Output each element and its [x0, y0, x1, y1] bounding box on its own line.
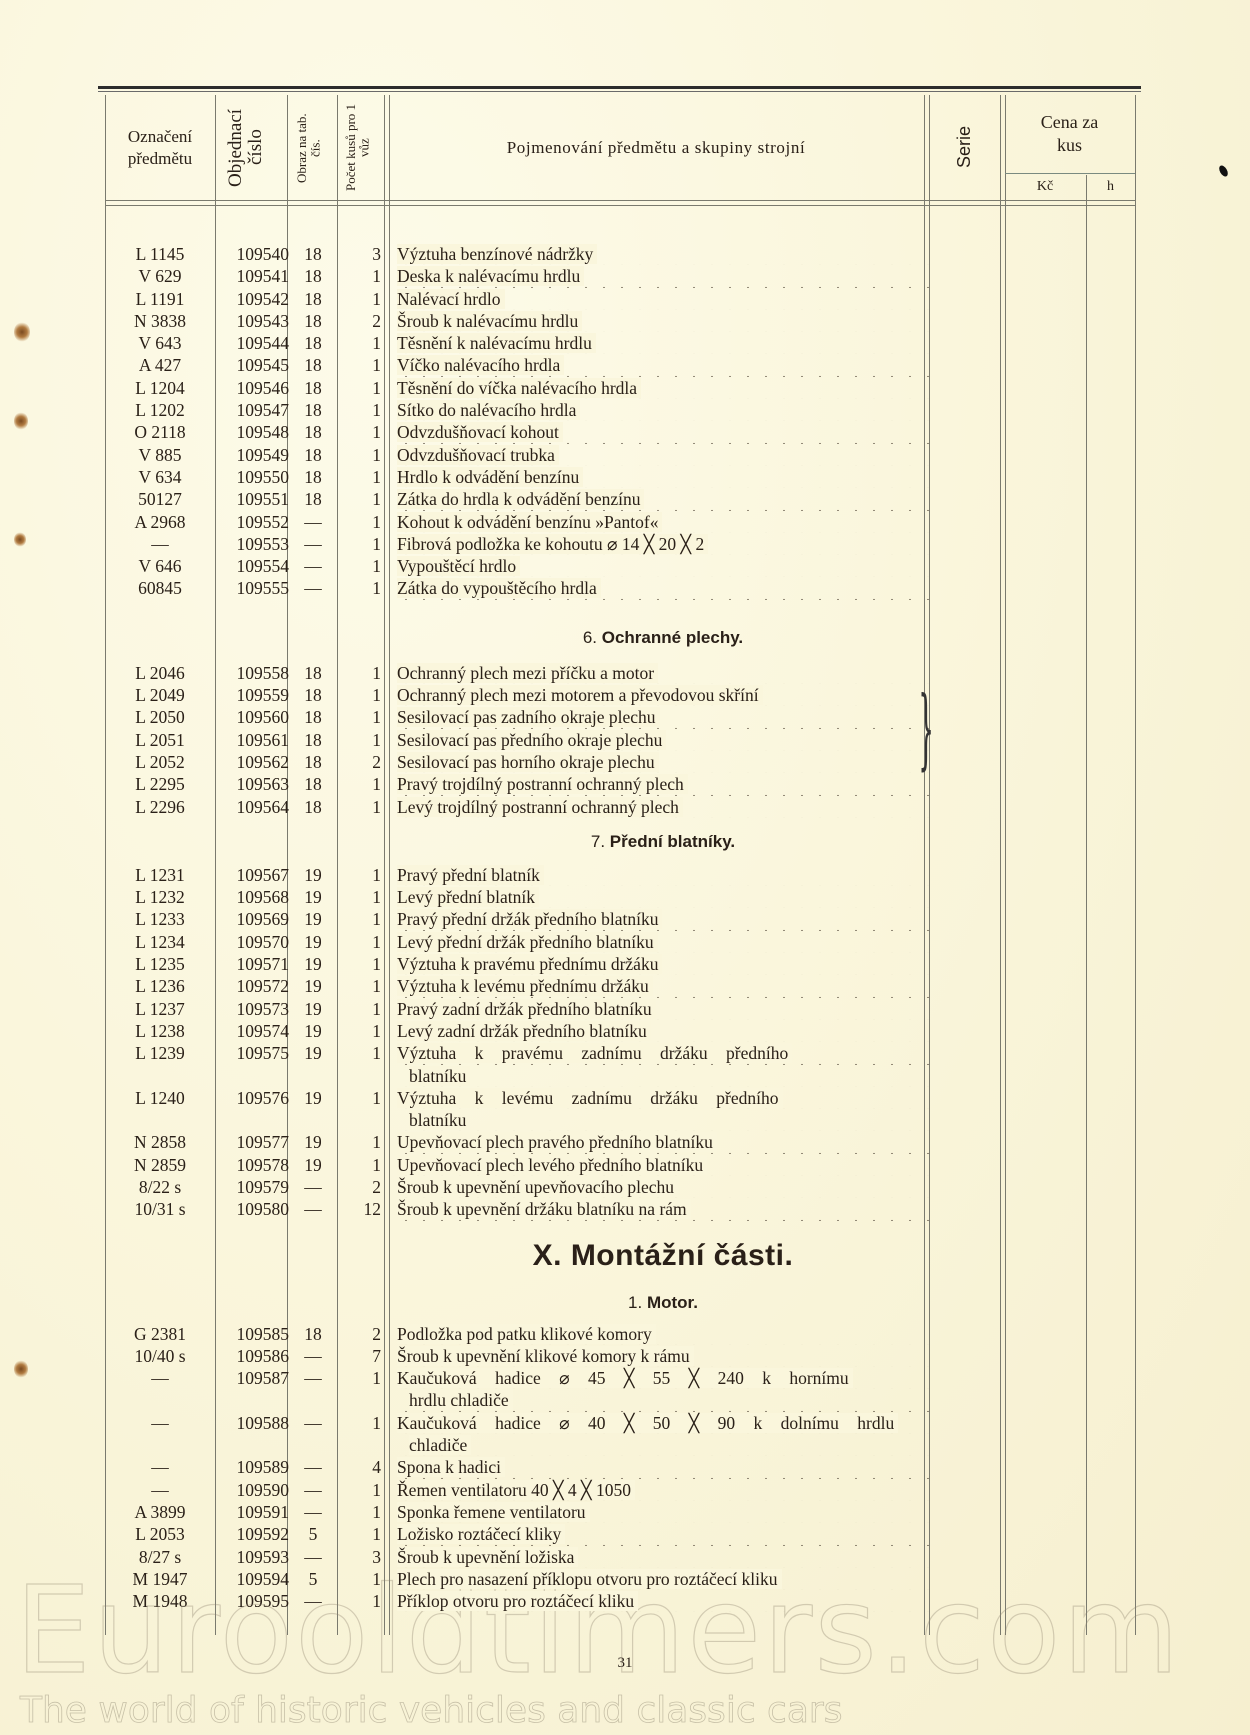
table-row: O 2118109548181Odvzdušňovací kohout [105, 421, 1136, 443]
order-number: 109543 [217, 310, 289, 332]
order-number: 109546 [217, 377, 289, 399]
quantity: 1 [337, 706, 381, 728]
part-mark: N 3838 [105, 310, 215, 332]
order-number: 109562 [217, 751, 289, 773]
order-number: 109576 [217, 1087, 289, 1109]
description-text: Ochranný plech mezi motorem a převodovou… [397, 685, 763, 705]
part-mark: L 1204 [105, 377, 215, 399]
header-price: Cena za kus [1004, 95, 1135, 173]
header-serie: Serie [928, 95, 1000, 200]
description-text: Výztuha k levému zadnímu držáku předního [397, 1088, 783, 1108]
table-row: 60845109555—1Zátka do vypouštěcího hrdla [105, 577, 1136, 599]
figure-number: 18 [289, 796, 337, 818]
figure-number: 18 [289, 377, 337, 399]
figure-number: 18 [289, 773, 337, 795]
description-text: Sesilovací pas horního okraje plechu [397, 752, 659, 772]
table-row: L 1204109546181Těsnění do víčka nalévací… [105, 377, 1136, 399]
part-mark: L 2049 [105, 684, 215, 706]
quantity: 1 [337, 975, 381, 997]
figure-number: 18 [289, 243, 337, 265]
quantity: 1 [337, 288, 381, 310]
table-row: V 629109541181Deska k nalévacímu hrdlu [105, 265, 1136, 287]
part-description: Výztuha k pravému zadnímu držáku předníh… [397, 1042, 929, 1087]
description-text: Výztuha k pravému zadnímu držáku předníh… [397, 1043, 792, 1063]
order-number: 109579 [217, 1176, 289, 1198]
quantity: 1 [337, 953, 381, 975]
order-number: 109552 [217, 511, 289, 533]
description-text: Šroub k upevnění upevňovacího plechu [397, 1177, 678, 1197]
figure-number: 18 [289, 488, 337, 510]
figure-number: 18 [289, 288, 337, 310]
part-mark: L 1239 [105, 1042, 215, 1064]
part-description: Spona k hadici [397, 1456, 929, 1478]
order-number: 109559 [217, 684, 289, 706]
header-order: Objednací číslo [215, 95, 287, 200]
figure-number: 19 [289, 1020, 337, 1042]
quantity: 1 [337, 377, 381, 399]
part-description: Těsnění do víčka nalévacího hrdla [397, 377, 929, 399]
description-text: Levý přední blatník [397, 887, 539, 907]
order-number: 109553 [217, 533, 289, 555]
description-text: Šroub k upevnění držáku blatníku na rám [397, 1199, 691, 1219]
table-row: —109590—1Řemen ventilatoru 40 ╳ 4 ╳ 1050 [105, 1479, 1136, 1501]
description-text: Těsnění k nalévacímu hrdlu [397, 333, 596, 353]
part-description: Hrdlo k odvádění benzínu [397, 466, 929, 488]
part-description: Pravý trojdílný postranní ochranný plech [397, 773, 929, 795]
header-price-kc: Kč [1004, 173, 1086, 200]
part-description: Kaučuková hadice ⌀ 45 ╳ 55 ╳ 240 k horní… [397, 1367, 929, 1412]
quantity: 12 [337, 1198, 381, 1220]
description-text: Těsnění do víčka nalévacího hrdla [397, 378, 641, 398]
quantity: 1 [337, 1087, 381, 1109]
part-mark: O 2118 [105, 421, 215, 443]
order-number: 109587 [217, 1367, 289, 1389]
leader-dots [397, 1109, 929, 1131]
table-row: L 1232109568191Levý přední blatník [105, 886, 1136, 908]
order-number: 109558 [217, 662, 289, 684]
description-text: chladiče [409, 1435, 471, 1455]
part-description: Levý přední držák předního blatníku [397, 931, 929, 953]
description-text: Hrdlo k odvádění benzínu [397, 467, 583, 487]
table-row: L 1191109542181Nalévací hrdlo [105, 288, 1136, 310]
table-row: L 2051109561181Sesilovací pas předního o… [105, 729, 1136, 751]
section-title: Přední blatníky. [610, 832, 735, 851]
part-mark: L 2053 [105, 1523, 215, 1545]
figure-number: — [289, 1345, 337, 1367]
description-text: Zátka do hrdla k odvádění benzínu [397, 489, 644, 509]
table-row: L 1235109571191Výztuha k pravému předním… [105, 953, 1136, 975]
description-text: Pravý zadní držák předního blatníku [397, 999, 656, 1019]
part-mark: N 2858 [105, 1131, 215, 1153]
description-text: Výztuha k pravému přednímu držáku [397, 954, 662, 974]
part-description: Deska k nalévacímu hrdlu [397, 265, 929, 287]
paper-stain [14, 322, 30, 342]
quantity: 1 [337, 864, 381, 886]
part-mark: A 3899 [105, 1501, 215, 1523]
order-number: 109548 [217, 421, 289, 443]
part-mark: 50127 [105, 488, 215, 510]
quantity: 1 [337, 886, 381, 908]
table-row: L 1240109576191Výztuha k levému zadnímu … [105, 1087, 1136, 1132]
figure-number: 18 [289, 444, 337, 466]
part-description: Šroub k upevnění držáku blatníku na rám [397, 1198, 929, 1220]
description-text: Upevňovací plech levého předního blatník… [397, 1155, 707, 1175]
part-description: Kaučuková hadice ⌀ 40 ╳ 50 ╳ 90 k dolním… [397, 1412, 929, 1457]
part-description: Levý trojdílný postranní ochranný plech [397, 796, 929, 818]
table-row: 8/22 s109579—2Šroub k upevnění upevňovac… [105, 1176, 1136, 1198]
figure-number: 19 [289, 975, 337, 997]
table-row: V 646109554—1Vypouštěcí hrdlo [105, 555, 1136, 577]
description-text: Kaučuková hadice ⌀ 45 ╳ 55 ╳ 240 k horní… [397, 1368, 853, 1388]
figure-number: 18 [289, 684, 337, 706]
order-number: 109567 [217, 864, 289, 886]
order-number: 109560 [217, 706, 289, 728]
order-number: 109571 [217, 953, 289, 975]
description-text: Výztuha k levému přednímu držáku [397, 976, 653, 996]
figure-number: 18 [289, 332, 337, 354]
table-row: L 1237109573191Pravý zadní držák předníh… [105, 998, 1136, 1020]
part-mark: A 2968 [105, 511, 215, 533]
description-text: Odvzdušňovací kohout [397, 422, 563, 442]
description-text: Ochranný plech mezi příčku a motor [397, 663, 658, 683]
table-row: —109587—1Kaučuková hadice ⌀ 45 ╳ 55 ╳ 24… [105, 1367, 1136, 1412]
quantity: 1 [337, 265, 381, 287]
table-row: L 2049109559181Ochranný plech mezi motor… [105, 684, 1136, 706]
quantity: 1 [337, 1501, 381, 1523]
description-text: Šroub k upevnění ložiska [397, 1547, 578, 1567]
top-rule-thin [98, 91, 1141, 92]
part-mark: V 634 [105, 466, 215, 488]
figure-number: — [289, 1198, 337, 1220]
table-row: L 1233109569191Pravý přední držák přední… [105, 908, 1136, 930]
quantity: 1 [337, 1412, 381, 1434]
order-number: 109540 [217, 243, 289, 265]
quantity: 1 [337, 1131, 381, 1153]
quantity: 1 [337, 684, 381, 706]
description-text: Nalévací hrdlo [397, 289, 505, 309]
figure-number: 5 [289, 1523, 337, 1545]
table-row: L 1145109540183Výztuha benzínové nádržky [105, 243, 1136, 265]
part-description: Ložisko roztáčecí kliky [397, 1523, 929, 1545]
figure-number: 18 [289, 354, 337, 376]
description-text: blatníku [409, 1066, 470, 1086]
figure-number: 18 [289, 662, 337, 684]
figure-number: — [289, 1367, 337, 1389]
part-mark: L 2051 [105, 729, 215, 751]
part-description: Řemen ventilatoru 40 ╳ 4 ╳ 1050 [397, 1479, 929, 1501]
table-row: N 2858109577191Upevňovací plech pravého … [105, 1131, 1136, 1153]
figure-number: — [289, 577, 337, 599]
part-description: Výztuha k levému přednímu držáku [397, 975, 929, 997]
order-number: 109542 [217, 288, 289, 310]
figure-number: 19 [289, 1154, 337, 1176]
part-description: Sítko do nalévacího hrdla [397, 399, 929, 421]
description-text: Zátka do vypouštěcího hrdla [397, 578, 601, 598]
spacer [105, 600, 1136, 618]
order-number: 109547 [217, 399, 289, 421]
parts-table: Označení předmětu Objednací číslo Obraz … [105, 95, 1136, 1635]
part-mark: V 629 [105, 265, 215, 287]
quantity: 1 [337, 332, 381, 354]
order-number: 109544 [217, 332, 289, 354]
part-mark: L 2050 [105, 706, 215, 728]
part-mark: — [105, 1456, 215, 1478]
table-row: A 427109545181Víčko nalévacího hrdla [105, 354, 1136, 376]
table-row: —109589—4Spona k hadici [105, 1456, 1136, 1478]
header-price-h: h [1086, 173, 1135, 200]
description-text: blatníku [409, 1110, 470, 1130]
table-row: G 2381109585182Podložka pod patku klikov… [105, 1323, 1136, 1345]
quantity: 1 [337, 354, 381, 376]
part-mark: — [105, 1479, 215, 1501]
order-number: 109541 [217, 265, 289, 287]
paper-stain [14, 1360, 28, 1378]
quantity: 1 [337, 577, 381, 599]
table-row: L 1231109567191Pravý přední blatník [105, 864, 1136, 886]
table-row: L 1236109572191Výztuha k levému přednímu… [105, 975, 1136, 997]
part-description: Vypouštěcí hrdlo [397, 555, 929, 577]
figure-number: 19 [289, 886, 337, 908]
watermark-tagline: The world of historic vehicles and class… [20, 1690, 842, 1731]
quantity: 1 [337, 1020, 381, 1042]
order-number: 109590 [217, 1479, 289, 1501]
table-row: L 1238109574191Levý zadní držák předního… [105, 1020, 1136, 1042]
quantity: 1 [337, 1479, 381, 1501]
description-text: Sesilovací pas zadního okraje plechu [397, 707, 660, 727]
order-number: 109568 [217, 886, 289, 908]
part-description: Šroub k upevnění klikové komory k rámu [397, 1345, 929, 1367]
quantity: 1 [337, 444, 381, 466]
table-row: L 2295109563181Pravý trojdílný postranní… [105, 773, 1136, 795]
part-description: Pravý přední držák předního blatníku [397, 908, 929, 930]
quantity: 1 [337, 1367, 381, 1389]
order-number: 109555 [217, 577, 289, 599]
part-description: Pravý zadní držák předního blatníku [397, 998, 929, 1020]
section-title: Motor. [647, 1293, 698, 1312]
part-description: Sesilovací pas zadního okraje plechu [397, 706, 929, 728]
description-text: Kaučuková hadice ⌀ 40 ╳ 50 ╳ 90 k dolním… [397, 1413, 898, 1433]
order-number: 109572 [217, 975, 289, 997]
figure-number: 18 [289, 1323, 337, 1345]
figure-number: 18 [289, 751, 337, 773]
part-description: Levý přední blatník [397, 886, 929, 908]
order-number: 109569 [217, 908, 289, 930]
table-row: N 3838109543182Šroub k nalévacímu hrdlu [105, 310, 1136, 332]
part-mark: L 2052 [105, 751, 215, 773]
description-text: Levý trojdílný postranní ochranný plech [397, 797, 683, 817]
order-number: 109570 [217, 931, 289, 953]
description-text: Levý zadní držák předního blatníku [397, 1021, 651, 1041]
part-mark: V 646 [105, 555, 215, 577]
quantity: 2 [337, 751, 381, 773]
section-heading: 1. Motor. [105, 1283, 1136, 1323]
leader-dots [397, 1065, 929, 1087]
table-row: —109553—1Fibrová podložka ke kohoutu ⌀ 1… [105, 533, 1136, 555]
part-mark: L 1231 [105, 864, 215, 886]
figure-number: 18 [289, 399, 337, 421]
description-text: Levý přední držák předního blatníku [397, 932, 658, 952]
part-mark: V 643 [105, 332, 215, 354]
section-title: Ochranné plechy. [602, 628, 743, 647]
part-description: Upevňovací plech levého předního blatník… [397, 1154, 929, 1176]
section-number: 6. [583, 628, 597, 647]
order-number: 109551 [217, 488, 289, 510]
figure-number: — [289, 1176, 337, 1198]
description-text: Řemen ventilatoru 40 ╳ 4 ╳ 1050 [397, 1480, 635, 1500]
part-mark: 8/22 s [105, 1176, 215, 1198]
figure-number: 19 [289, 998, 337, 1020]
figure-number: — [289, 511, 337, 533]
order-number: 109549 [217, 444, 289, 466]
part-description: Kohout k odvádění benzínu »Pantof« [397, 511, 929, 533]
part-mark: L 1235 [105, 953, 215, 975]
table-row: 50127109551181Zátka do hrdla k odvádění … [105, 488, 1136, 510]
description-text: Víčko nalévacího hrdla [397, 355, 564, 375]
order-number: 109577 [217, 1131, 289, 1153]
order-number: 109591 [217, 1501, 289, 1523]
quantity: 2 [337, 310, 381, 332]
description-text: Pravý přední blatník [397, 865, 544, 885]
part-description: Sesilovací pas předního okraje plechu [397, 729, 929, 751]
part-mark: N 2859 [105, 1154, 215, 1176]
part-description: Nalévací hrdlo [397, 288, 929, 310]
description-text: Odvzdušňovací trubka [397, 445, 559, 465]
table-row: L 2050109560181Sesilovací pas zadního ok… [105, 706, 1136, 728]
quantity: 1 [337, 773, 381, 795]
description-text: Výztuha benzínové nádržky [397, 244, 597, 264]
table-row: N 2859109578191Upevňovací plech levého p… [105, 1154, 1136, 1176]
table-row: L 2046109558181Ochranný plech mezi příčk… [105, 662, 1136, 684]
figure-number: 18 [289, 310, 337, 332]
quantity: 1 [337, 1154, 381, 1176]
order-number: 109574 [217, 1020, 289, 1042]
part-mark: G 2381 [105, 1323, 215, 1345]
quantity: 1 [337, 1523, 381, 1545]
part-description: Výztuha benzínové nádržky [397, 243, 929, 265]
order-number: 109578 [217, 1154, 289, 1176]
figure-number: — [289, 1479, 337, 1501]
part-mark: L 1202 [105, 399, 215, 421]
part-mark: L 1238 [105, 1020, 215, 1042]
part-mark: L 1240 [105, 1087, 215, 1109]
order-number: 109589 [217, 1456, 289, 1478]
description-text: Příklop otvoru pro roztáčecí kliku [397, 1591, 638, 1611]
figure-number: 19 [289, 1042, 337, 1064]
part-description: Výztuha k levému zadnímu držáku předního… [397, 1087, 929, 1132]
quantity: 1 [337, 1042, 381, 1064]
order-number: 109580 [217, 1198, 289, 1220]
description-text: Fibrová podložka ke kohoutu ⌀ 14 ╳ 20 ╳ … [397, 534, 708, 554]
spacer [105, 1221, 1136, 1235]
order-number: 109561 [217, 729, 289, 751]
quantity: 4 [337, 1456, 381, 1478]
table-row: 10/40 s109586—7Šroub k upevnění klikové … [105, 1345, 1136, 1367]
description-text: Vypouštěcí hrdlo [397, 556, 520, 576]
ink-mark [1217, 164, 1229, 178]
part-description: Podložka pod patku klikové komory [397, 1323, 929, 1345]
description-text: Sponka řemene ventilatoru [397, 1502, 590, 1522]
part-mark: — [105, 1367, 215, 1389]
part-mark: A 427 [105, 354, 215, 376]
header-figure: Obraz na tab. čís. [287, 95, 337, 200]
part-mark: L 1145 [105, 243, 215, 265]
quantity: 2 [337, 1323, 381, 1345]
table-row: L 1239109575191Výztuha k pravému zadnímu… [105, 1042, 1136, 1087]
part-description: Upevňovací plech pravého předního blatní… [397, 1131, 929, 1153]
grouping-brace: } [918, 686, 933, 773]
description-text: Deska k nalévacímu hrdlu [397, 266, 584, 286]
part-description: Fibrová podložka ke kohoutu ⌀ 14 ╳ 20 ╳ … [397, 533, 929, 555]
header-mark: Označení předmětu [105, 95, 215, 200]
quantity: 1 [337, 931, 381, 953]
part-mark: L 1234 [105, 931, 215, 953]
quantity: 1 [337, 998, 381, 1020]
part-description: Těsnění k nalévacímu hrdlu [397, 332, 929, 354]
figure-number: — [289, 1501, 337, 1523]
description-text: Ložisko roztáčecí kliky [397, 1524, 565, 1544]
quantity: 1 [337, 908, 381, 930]
figure-number: 18 [289, 706, 337, 728]
part-description: Sesilovací pas horního okraje plechu [397, 751, 929, 773]
description-text: Spona k hadici [397, 1457, 505, 1477]
header-qty: Počet kusů pro 1 vůz [337, 95, 384, 200]
figure-number: — [289, 1456, 337, 1478]
quantity: 1 [337, 533, 381, 555]
part-description: Víčko nalévacího hrdla [397, 354, 929, 376]
part-description: Šroub k nalévacímu hrdlu [397, 310, 929, 332]
part-mark: L 1236 [105, 975, 215, 997]
part-mark: L 1191 [105, 288, 215, 310]
quantity: 1 [337, 511, 381, 533]
part-mark: 10/40 s [105, 1345, 215, 1367]
part-mark: L 1237 [105, 998, 215, 1020]
leader-dots [397, 1434, 929, 1456]
paper-stain [14, 532, 26, 547]
quantity: 1 [337, 555, 381, 577]
table-row: V 643109544181Těsnění k nalévacímu hrdlu [105, 332, 1136, 354]
top-rule [98, 86, 1141, 89]
quantity: 1 [337, 421, 381, 443]
part-mark: L 2296 [105, 796, 215, 818]
order-number: 109588 [217, 1412, 289, 1434]
part-description: Pravý přední blatník [397, 864, 929, 886]
figure-number: 19 [289, 931, 337, 953]
figure-number: — [289, 1412, 337, 1434]
quantity: 1 [337, 488, 381, 510]
part-description: Ochranný plech mezi motorem a převodovou… [397, 684, 929, 706]
table-row: 10/31 s109580—12Šroub k upevnění držáku … [105, 1198, 1136, 1220]
table-row: L 1234109570191Levý přední držák předníh… [105, 931, 1136, 953]
quantity: 1 [337, 729, 381, 751]
description-text: Sesilovací pas předního okraje plechu [397, 730, 666, 750]
quantity: 1 [337, 399, 381, 421]
table-row: A 3899109591—1Sponka řemene ventilatoru [105, 1501, 1136, 1523]
quantity: 1 [337, 662, 381, 684]
part-description: Zátka do vypouštěcího hrdla [397, 577, 929, 599]
part-mark: L 2046 [105, 662, 215, 684]
figure-number: 18 [289, 729, 337, 751]
figure-number: 19 [289, 864, 337, 886]
figure-number: 19 [289, 1131, 337, 1153]
description-text: Pravý přední držák předního blatníku [397, 909, 662, 929]
part-mark: L 2295 [105, 773, 215, 795]
order-number: 109563 [217, 773, 289, 795]
quantity: 1 [337, 796, 381, 818]
quantity: 1 [337, 466, 381, 488]
section-number: 1. [628, 1293, 642, 1312]
table-row: —109588—1Kaučuková hadice ⌀ 40 ╳ 50 ╳ 90… [105, 1412, 1136, 1457]
section-heading: 7. Přední blatníky. [105, 822, 1136, 862]
